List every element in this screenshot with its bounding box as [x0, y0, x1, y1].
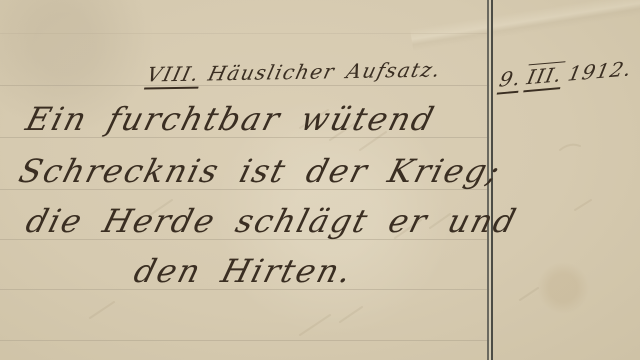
margin-date: 9.III.1912.: [497, 56, 634, 91]
essay-number: VIII.: [144, 62, 205, 90]
date-month: III.: [523, 61, 565, 92]
date-year: 1912.: [566, 56, 634, 85]
essay-heading: VIII.Häuslicher Aufsatz.: [145, 57, 444, 86]
manuscript-line: Schrecknis ist der Krieg;: [15, 152, 506, 190]
date-day: 9.: [497, 66, 524, 95]
manuscript-line: die Herde schlägt er und: [22, 202, 522, 240]
ruled-line: [0, 340, 490, 341]
ruled-line: [0, 85, 490, 86]
ruled-line: [0, 33, 490, 34]
essay-title: Häuslicher Aufsatz.: [206, 57, 444, 85]
manuscript-line: den Hirten.: [130, 252, 357, 290]
manuscript-line: Ein furchtbar wütend: [22, 100, 440, 138]
notebook-page: VIII.Häuslicher Aufsatz. 9.III.1912. Ein…: [0, 0, 640, 360]
paper-crease: [409, 0, 640, 56]
